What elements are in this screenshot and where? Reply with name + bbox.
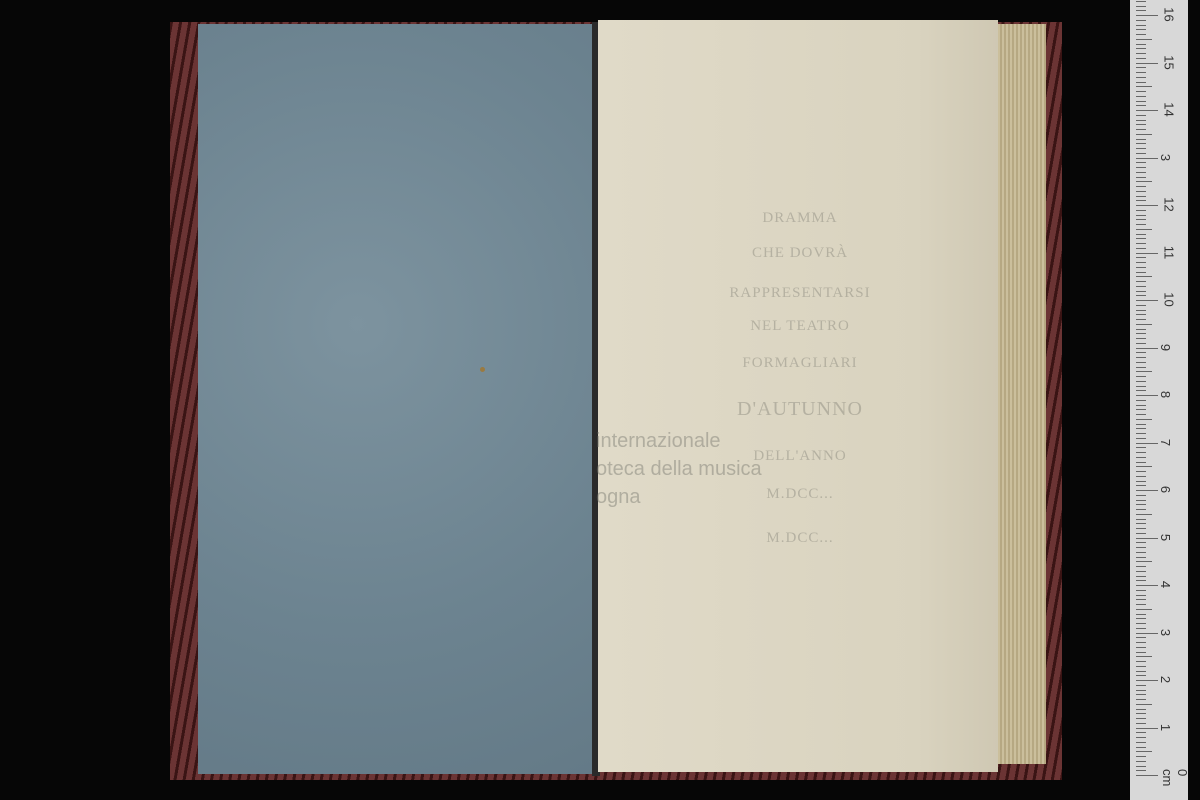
ruler-tick bbox=[1136, 509, 1146, 510]
ruler-label: 9 bbox=[1158, 343, 1173, 350]
ruler-tick bbox=[1136, 666, 1146, 667]
ruler-tick bbox=[1136, 376, 1146, 377]
ruler-tick bbox=[1136, 500, 1146, 501]
ruler-label: 10 bbox=[1162, 292, 1177, 306]
ruler-tick bbox=[1136, 248, 1146, 249]
ruler-tick bbox=[1136, 238, 1146, 239]
ruler-tick bbox=[1136, 675, 1146, 676]
ruler-tick bbox=[1136, 243, 1146, 244]
left-endpaper-blue bbox=[198, 24, 596, 774]
ruler-tick bbox=[1136, 276, 1152, 277]
ghost-text-line: D'AUTUNNO bbox=[610, 398, 990, 421]
ghost-text-line: M.DCC... bbox=[610, 486, 990, 503]
ruler-tick bbox=[1136, 196, 1146, 197]
ruler-label: 14 bbox=[1162, 102, 1177, 116]
right-title-page bbox=[598, 20, 998, 772]
ruler-tick bbox=[1136, 172, 1146, 173]
ruler-tick bbox=[1136, 604, 1146, 605]
ruler-tick bbox=[1136, 219, 1146, 220]
ruler-tick bbox=[1136, 590, 1146, 591]
ruler-tick bbox=[1136, 637, 1146, 638]
ruler-tick bbox=[1136, 694, 1146, 695]
ruler-tick bbox=[1136, 751, 1152, 752]
ruler-tick bbox=[1136, 105, 1146, 106]
ruler-tick bbox=[1136, 305, 1146, 306]
ruler-tick bbox=[1136, 124, 1146, 125]
ruler-tick bbox=[1136, 10, 1146, 11]
ruler-tick bbox=[1136, 495, 1146, 496]
ruler-tick bbox=[1136, 652, 1146, 653]
ruler-tick bbox=[1136, 533, 1146, 534]
ruler-tick bbox=[1136, 718, 1146, 719]
ruler-tick bbox=[1136, 580, 1146, 581]
ruler-tick bbox=[1136, 44, 1146, 45]
ruler-tick bbox=[1136, 101, 1146, 102]
ruler-label: 3 bbox=[1158, 628, 1173, 635]
ruler-tick bbox=[1136, 704, 1152, 705]
ruler-tick bbox=[1136, 585, 1158, 586]
ruler-tick bbox=[1136, 405, 1146, 406]
ruler-tick bbox=[1136, 447, 1146, 448]
ruler-tick bbox=[1136, 485, 1146, 486]
ruler-tick bbox=[1136, 381, 1146, 382]
ruler-tick bbox=[1136, 523, 1146, 524]
ruler-tick bbox=[1136, 466, 1152, 467]
ghost-text-line: DRAMMA bbox=[610, 210, 990, 227]
ruler-tick bbox=[1136, 542, 1146, 543]
ruler-tick bbox=[1136, 576, 1146, 577]
ruler-tick bbox=[1136, 53, 1146, 54]
ruler-tick bbox=[1136, 338, 1146, 339]
ruler-label: 3 bbox=[1158, 153, 1173, 160]
ruler-tick bbox=[1136, 205, 1158, 206]
ruler-tick bbox=[1136, 680, 1158, 681]
ruler-tick bbox=[1136, 162, 1146, 163]
ruler-tick bbox=[1136, 167, 1146, 168]
ruler-tick bbox=[1136, 272, 1146, 273]
ruler-tick bbox=[1136, 262, 1146, 263]
ruler-tick bbox=[1136, 357, 1146, 358]
ruler-tick bbox=[1136, 310, 1146, 311]
watermark-line: oteca della musica bbox=[596, 458, 762, 481]
ruler-tick bbox=[1136, 409, 1146, 410]
ruler-label: 2 bbox=[1158, 676, 1173, 683]
ruler-tick bbox=[1136, 761, 1146, 762]
page-edges bbox=[998, 24, 1046, 764]
ruler-tick bbox=[1136, 181, 1152, 182]
ruler-tick bbox=[1136, 120, 1146, 121]
ruler-tick bbox=[1136, 371, 1152, 372]
ruler-label: 12 bbox=[1162, 197, 1177, 211]
ruler-tick bbox=[1136, 281, 1146, 282]
ruler-tick bbox=[1136, 67, 1146, 68]
ruler-label: 11 bbox=[1161, 245, 1176, 259]
ruler-tick bbox=[1136, 628, 1146, 629]
ruler-tick bbox=[1136, 737, 1146, 738]
ruler-tick bbox=[1136, 177, 1146, 178]
ruler-tick bbox=[1136, 571, 1146, 572]
ruler-label: 15 bbox=[1162, 55, 1177, 69]
ruler-tick bbox=[1136, 557, 1146, 558]
ruler-tick bbox=[1136, 139, 1146, 140]
ruler-tick bbox=[1136, 329, 1146, 330]
ruler-tick bbox=[1136, 433, 1146, 434]
ruler-tick bbox=[1136, 618, 1146, 619]
ruler-label: 8 bbox=[1158, 391, 1173, 398]
ruler-tick bbox=[1136, 291, 1146, 292]
ruler-tick bbox=[1136, 747, 1146, 748]
ruler-tick bbox=[1136, 91, 1146, 92]
ruler-tick bbox=[1136, 457, 1146, 458]
ruler-label: 5 bbox=[1158, 533, 1173, 540]
ruler-tick bbox=[1136, 566, 1146, 567]
ruler-label: 4 bbox=[1158, 581, 1173, 588]
ruler-tick bbox=[1136, 471, 1146, 472]
ruler-tick bbox=[1136, 314, 1146, 315]
ruler-tick bbox=[1136, 424, 1146, 425]
ruler-tick bbox=[1136, 390, 1146, 391]
ruler-tick bbox=[1136, 63, 1158, 64]
ruler-tick bbox=[1136, 86, 1152, 87]
ruler-tick bbox=[1136, 34, 1146, 35]
ruler-tick bbox=[1136, 538, 1158, 539]
ruler-tick bbox=[1136, 775, 1158, 776]
ruler-tick bbox=[1136, 191, 1146, 192]
ruler-tick bbox=[1136, 395, 1158, 396]
ruler-tick bbox=[1136, 129, 1146, 130]
ruler-tick bbox=[1136, 343, 1146, 344]
ruler-tick bbox=[1136, 514, 1152, 515]
ruler-tick bbox=[1136, 324, 1152, 325]
ruler-tick bbox=[1136, 438, 1146, 439]
ruler-tick bbox=[1136, 348, 1158, 349]
ruler-tick bbox=[1136, 48, 1146, 49]
ruler-tick bbox=[1136, 443, 1158, 444]
ruler-tick bbox=[1136, 115, 1146, 116]
ruler-tick bbox=[1136, 671, 1146, 672]
ruler-tick bbox=[1136, 25, 1146, 26]
ruler-tick bbox=[1136, 756, 1146, 757]
ruler-label: 1 bbox=[1158, 723, 1173, 730]
ruler-tick bbox=[1136, 143, 1146, 144]
ruler-tick bbox=[1136, 713, 1146, 714]
ruler-tick bbox=[1136, 110, 1158, 111]
ruler-tick bbox=[1136, 224, 1146, 225]
ruler-tick bbox=[1136, 561, 1152, 562]
ruler-tick bbox=[1136, 728, 1158, 729]
ruler-tick bbox=[1136, 234, 1146, 235]
ruler-label: 16 bbox=[1162, 7, 1177, 21]
ruler-tick bbox=[1136, 490, 1158, 491]
ruler-tick bbox=[1136, 766, 1146, 767]
ruler-label: 7 bbox=[1158, 438, 1173, 445]
ruler-tick bbox=[1136, 295, 1146, 296]
ruler-tick bbox=[1136, 476, 1146, 477]
ruler-tick bbox=[1136, 386, 1146, 387]
ruler-tick bbox=[1136, 58, 1146, 59]
ruler-tick bbox=[1136, 642, 1146, 643]
ruler-tick bbox=[1136, 656, 1152, 657]
ruler-tick bbox=[1136, 519, 1146, 520]
ruler-tick bbox=[1136, 414, 1146, 415]
ruler-tick bbox=[1136, 39, 1152, 40]
ruler-tick bbox=[1136, 609, 1152, 610]
ruler-tick bbox=[1136, 267, 1146, 268]
ruler-tick bbox=[1136, 6, 1146, 7]
centimeter-ruler: 0 cm1234567891011123141516 bbox=[1130, 0, 1188, 800]
ruler-tick bbox=[1136, 229, 1152, 230]
ruler-tick bbox=[1136, 200, 1146, 201]
ruler-tick bbox=[1136, 319, 1146, 320]
ruler-tick bbox=[1136, 595, 1146, 596]
ruler-tick bbox=[1136, 428, 1146, 429]
ruler-tick bbox=[1136, 699, 1146, 700]
ruler-tick bbox=[1136, 367, 1146, 368]
ruler-tick bbox=[1136, 77, 1146, 78]
ruler-tick bbox=[1136, 148, 1146, 149]
ruler-tick bbox=[1136, 253, 1158, 254]
ruler-tick bbox=[1136, 134, 1152, 135]
ruler-tick bbox=[1136, 210, 1146, 211]
ruler-label: 6 bbox=[1158, 486, 1173, 493]
ruler-tick bbox=[1136, 528, 1146, 529]
ruler-tick bbox=[1136, 723, 1146, 724]
ruler-tick bbox=[1136, 742, 1146, 743]
ruler-tick bbox=[1136, 15, 1158, 16]
ruler-tick bbox=[1136, 690, 1146, 691]
ruler-tick bbox=[1136, 29, 1146, 30]
ruler-tick bbox=[1136, 1, 1146, 2]
ruler-tick bbox=[1136, 685, 1146, 686]
watermark-line: internazionale bbox=[596, 430, 721, 453]
watermark-line: ogna bbox=[596, 486, 641, 509]
ruler-tick bbox=[1136, 300, 1158, 301]
ruler-tick bbox=[1136, 732, 1146, 733]
ruler-tick bbox=[1136, 286, 1146, 287]
ghost-text-line: NEL TEATRO bbox=[610, 318, 990, 335]
ruler-tick bbox=[1136, 614, 1146, 615]
ruler-tick bbox=[1136, 481, 1146, 482]
ruler-tick bbox=[1136, 623, 1146, 624]
ruler-tick bbox=[1136, 661, 1146, 662]
ruler-tick bbox=[1136, 186, 1146, 187]
ghost-text-line: M.DCC... bbox=[610, 530, 990, 547]
ruler-tick bbox=[1136, 333, 1146, 334]
ruler-tick bbox=[1136, 96, 1146, 97]
ruler-tick bbox=[1136, 158, 1158, 159]
ruler-tick bbox=[1136, 647, 1146, 648]
ruler-label: 0 cm bbox=[1160, 769, 1190, 795]
ruler-tick bbox=[1136, 552, 1146, 553]
paper-stain bbox=[480, 367, 485, 372]
ruler-tick bbox=[1136, 257, 1146, 258]
ruler-tick bbox=[1136, 770, 1146, 771]
ghost-text-line: FORMAGLIARI bbox=[610, 355, 990, 372]
ruler-tick bbox=[1136, 153, 1146, 154]
ruler-tick bbox=[1136, 82, 1146, 83]
ruler-tick bbox=[1136, 599, 1146, 600]
ruler-tick bbox=[1136, 633, 1158, 634]
ruler-tick bbox=[1136, 504, 1146, 505]
ghost-text-line: RAPPRESENTARSI bbox=[610, 285, 990, 302]
ruler-tick bbox=[1136, 352, 1146, 353]
ruler-tick bbox=[1136, 72, 1146, 73]
ruler-tick bbox=[1136, 20, 1146, 21]
ruler-tick bbox=[1136, 400, 1146, 401]
ruler-tick bbox=[1136, 362, 1146, 363]
ruler-tick bbox=[1136, 215, 1146, 216]
ruler-tick bbox=[1136, 709, 1146, 710]
ruler-tick bbox=[1136, 547, 1146, 548]
ruler-tick bbox=[1136, 462, 1146, 463]
ruler-tick bbox=[1136, 452, 1146, 453]
ruler-tick bbox=[1136, 419, 1152, 420]
ghost-text-line: CHE DOVRÀ bbox=[610, 245, 990, 262]
